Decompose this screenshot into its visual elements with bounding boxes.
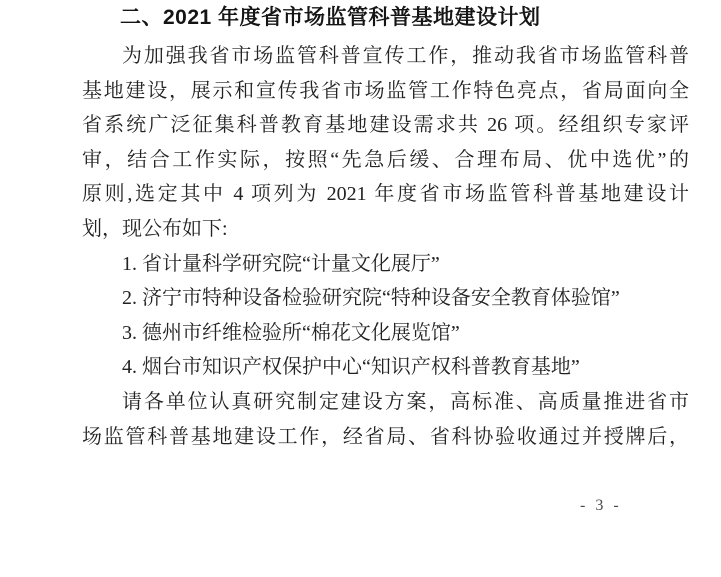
- text-line: 场监管科普基地建设工作，经省局、省科协验收通过并授牌后，: [82, 420, 689, 455]
- list-item: 3. 德州市纤维检验所“棉花文化展览馆”: [82, 316, 689, 351]
- text-line: 审，结合工作实际，按照“先急后缓、合理布局、优中选优”的: [82, 143, 689, 178]
- text-line: 省系统广泛征集科普教育基地建设需求共 26 项。经组织专家评: [82, 108, 689, 143]
- text-line: 为加强我省市场监管科普宣传工作，推动我省市场监管科普: [82, 39, 689, 74]
- list-item: 4. 烟台市知识产权保护中心“知识产权科普教育基地”: [82, 350, 689, 385]
- text-line: 请各单位认真研究制定建设方案，高标准、高质量推进省市: [82, 385, 689, 420]
- page-number: - 3 -: [580, 496, 622, 516]
- document-page: 二、2021 年度省市场监管科普基地建设计划 为加强我省市场监管科普宣传工作，推…: [0, 0, 721, 577]
- text-line: 划，现公布如下:: [82, 212, 689, 247]
- section-heading: 二、2021 年度省市场监管科普基地建设计划: [82, 2, 689, 34]
- list-item: 1. 省计量科学研究院“计量文化展厅”: [82, 247, 689, 282]
- text-line: 基地建设，展示和宣传我省市场监管工作特色亮点，省局面向全: [82, 74, 689, 109]
- list-item: 2. 济宁市特种设备检验研究院“特种设备安全教育体验馆”: [82, 281, 689, 316]
- document-body: 二、2021 年度省市场监管科普基地建设计划 为加强我省市场监管科普宣传工作，推…: [82, 2, 689, 454]
- text-line: 原则,选定其中 4 项列为 2021 年度省市场监管科普基地建设计: [82, 177, 689, 212]
